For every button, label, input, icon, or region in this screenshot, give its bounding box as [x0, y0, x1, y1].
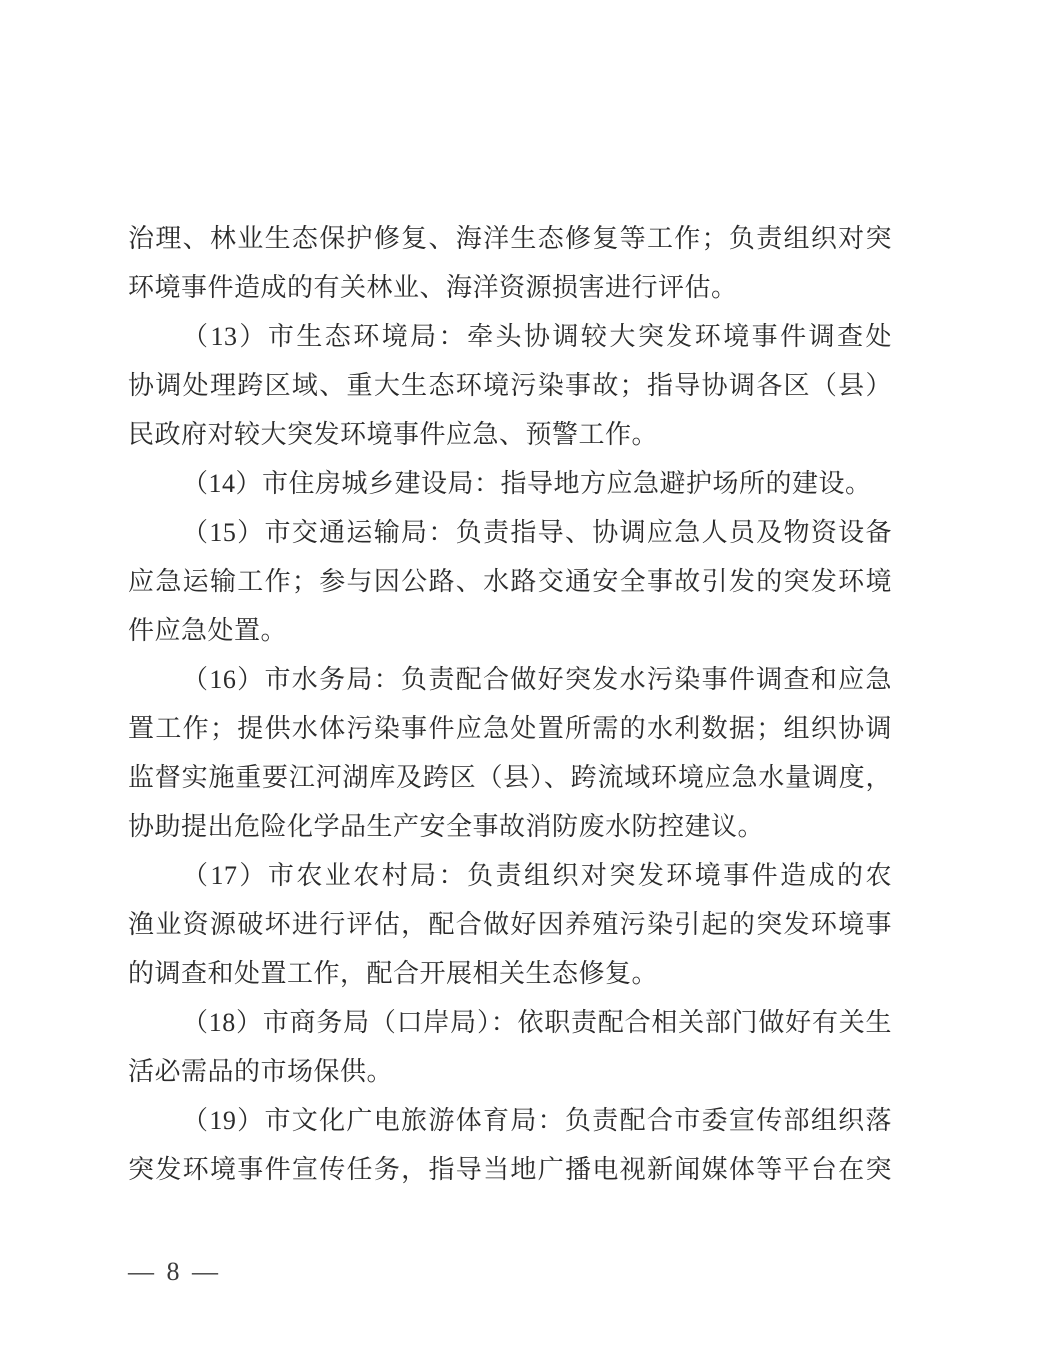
- document-text-block: 治理、林业生态保护修复、海洋生态修复等工作；负责组织对突发 环境事件造成的有关林…: [128, 214, 892, 1194]
- text-line: 协助提出危险化学品生产安全事故消防废水防控建议。: [128, 802, 892, 851]
- text-line: 治理、林业生态保护修复、海洋生态修复等工作；负责组织对突发: [128, 214, 892, 263]
- page-number: — 8 —: [128, 1252, 221, 1292]
- text-line: （16）市水务局：负责配合做好突发水污染事件调查和应急处: [128, 655, 892, 704]
- text-line: （18）市商务局（口岸局）：依职责配合相关部门做好有关生: [128, 998, 892, 1047]
- text-line: （13）市生态环境局：牵头协调较大突发环境事件调查处理；: [128, 312, 892, 361]
- text-line: 应急运输工作；参与因公路、水路交通安全事故引发的突发环境事: [128, 557, 892, 606]
- text-line: （14）市住房城乡建设局：指导地方应急避护场所的建设。: [128, 459, 892, 508]
- text-line: 活必需品的市场保供。: [128, 1047, 892, 1096]
- text-line: 协调处理跨区域、重大生态环境污染事故；指导协调各区（县）人: [128, 361, 892, 410]
- text-line: 突发环境事件宣传任务，指导当地广播电视新闻媒体等平台在突发: [128, 1145, 892, 1194]
- text-line: 民政府对较大突发环境事件应急、预警工作。: [128, 410, 892, 459]
- text-line: 渔业资源破坏进行评估，配合做好因养殖污染引起的突发环境事件: [128, 900, 892, 949]
- text-line: （17）市农业农村局：负责组织对突发环境事件造成的农业、: [128, 851, 892, 900]
- text-line: 的调查和处置工作，配合开展相关生态修复。: [128, 949, 892, 998]
- text-line: 监督实施重要江河湖库及跨区（县）、跨流域环境应急水量调度，: [128, 753, 892, 802]
- text-line: 环境事件造成的有关林业、海洋资源损害进行评估。: [128, 263, 892, 312]
- text-line: （19）市文化广电旅游体育局：负责配合市委宣传部组织落实: [128, 1096, 892, 1145]
- text-line: 置工作；提供水体污染事件应急处置所需的水利数据；组织协调并: [128, 704, 892, 753]
- text-line: 件应急处置。: [128, 606, 892, 655]
- text-line: （15）市交通运输局：负责指导、协调应急人员及物资设备的: [128, 508, 892, 557]
- document-page: 治理、林业生态保护修复、海洋生态修复等工作；负责组织对突发 环境事件造成的有关林…: [0, 0, 1040, 1345]
